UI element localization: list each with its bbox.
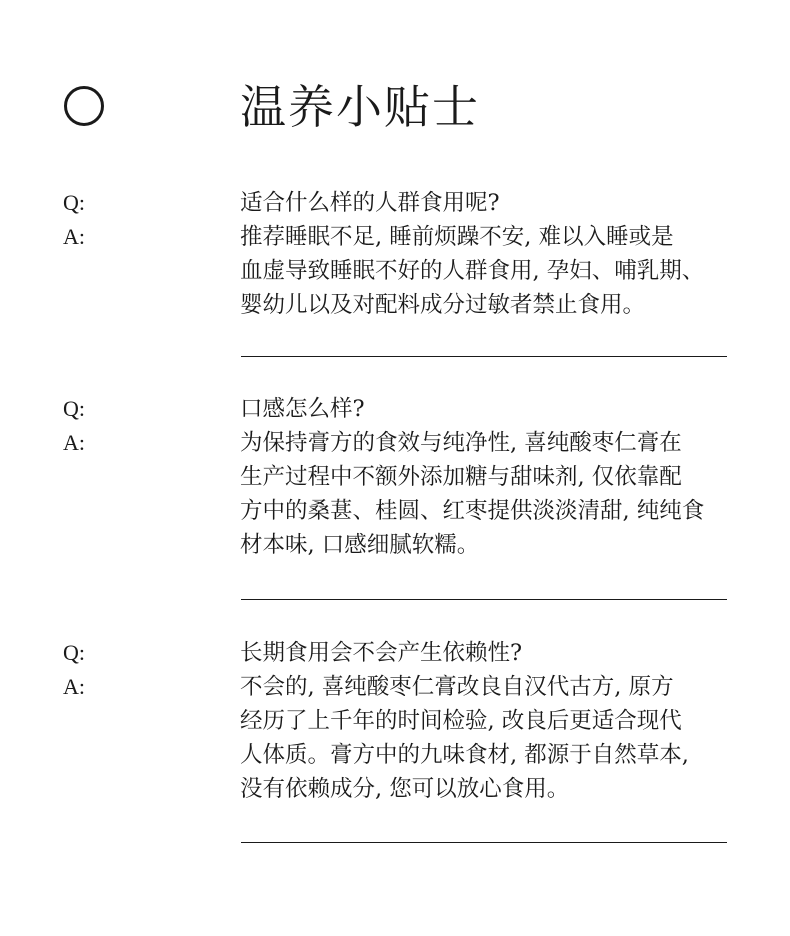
question-row: Q: 长期食用会不会产生依赖性? (0, 636, 790, 670)
divider (241, 842, 727, 843)
answer-line: 不会的, 喜纯酸枣仁膏改良自汉代古方, 原方 (240, 670, 740, 704)
answer-line: 经历了上千年的时间检验, 改良后更适合现代 (240, 704, 740, 738)
answer-row: 血虚导致睡眠不好的人群食用, 孕妇、哺乳期、 (0, 254, 790, 288)
q-label: Q: (63, 392, 85, 426)
faq-item-3: Q: 长期食用会不会产生依赖性? A: 不会的, 喜纯酸枣仁膏改良自汉代古方, … (0, 636, 790, 806)
answer-line: 人体质。膏方中的九味食材, 都源于自然草本, (240, 738, 740, 772)
a-label: A: (63, 426, 85, 460)
answer-row: 生产过程中不额外添加糖与甜味剂, 仅依靠配 (0, 460, 790, 494)
answer-row: A: 为保持膏方的食效与纯净性, 喜纯酸枣仁膏在 (0, 426, 790, 460)
circle-icon (64, 86, 104, 126)
answer-row: 没有依赖成分, 您可以放心食用。 (0, 772, 790, 806)
question-text: 长期食用会不会产生依赖性? (240, 636, 740, 670)
q-label: Q: (63, 636, 85, 670)
faq-item-2: Q: 口感怎么样? A: 为保持膏方的食效与纯净性, 喜纯酸枣仁膏在 生产过程中… (0, 392, 790, 562)
answer-row: 人体质。膏方中的九味食材, 都源于自然草本, (0, 738, 790, 772)
divider (241, 356, 727, 357)
answer-row: 方中的桑葚、桂圆、红枣提供淡淡清甜, 纯纯食 (0, 494, 790, 528)
question-text: 口感怎么样? (240, 392, 740, 426)
answer-line: 生产过程中不额外添加糖与甜味剂, 仅依靠配 (240, 460, 740, 494)
answer-line: 婴幼儿以及对配料成分过敏者禁止食用。 (240, 288, 740, 322)
question-row: Q: 口感怎么样? (0, 392, 790, 426)
answer-line: 血虚导致睡眠不好的人群食用, 孕妇、哺乳期、 (240, 254, 740, 288)
answer-line: 为保持膏方的食效与纯净性, 喜纯酸枣仁膏在 (240, 426, 740, 460)
question-row: Q: 适合什么样的人群食用呢? (0, 186, 790, 220)
answer-line: 没有依赖成分, 您可以放心食用。 (240, 772, 740, 806)
answer-row: 材本味, 口感细腻软糯。 (0, 528, 790, 562)
answer-row: 经历了上千年的时间检验, 改良后更适合现代 (0, 704, 790, 738)
answer-row: 婴幼儿以及对配料成分过敏者禁止食用。 (0, 288, 790, 322)
answer-row: A: 推荐睡眠不足, 睡前烦躁不安, 难以入睡或是 (0, 220, 790, 254)
question-text: 适合什么样的人群食用呢? (240, 186, 740, 220)
answer-line: 方中的桑葚、桂圆、红枣提供淡淡清甜, 纯纯食 (240, 494, 740, 528)
faq-item-1: Q: 适合什么样的人群食用呢? A: 推荐睡眠不足, 睡前烦躁不安, 难以入睡或… (0, 186, 790, 322)
answer-line: 推荐睡眠不足, 睡前烦躁不安, 难以入睡或是 (240, 220, 740, 254)
answer-row: A: 不会的, 喜纯酸枣仁膏改良自汉代古方, 原方 (0, 670, 790, 704)
answer-line: 材本味, 口感细腻软糯。 (240, 528, 740, 562)
page-title: 温养小贴士 (240, 76, 480, 138)
a-label: A: (63, 670, 85, 704)
divider (241, 599, 727, 600)
a-label: A: (63, 220, 85, 254)
q-label: Q: (63, 186, 85, 220)
